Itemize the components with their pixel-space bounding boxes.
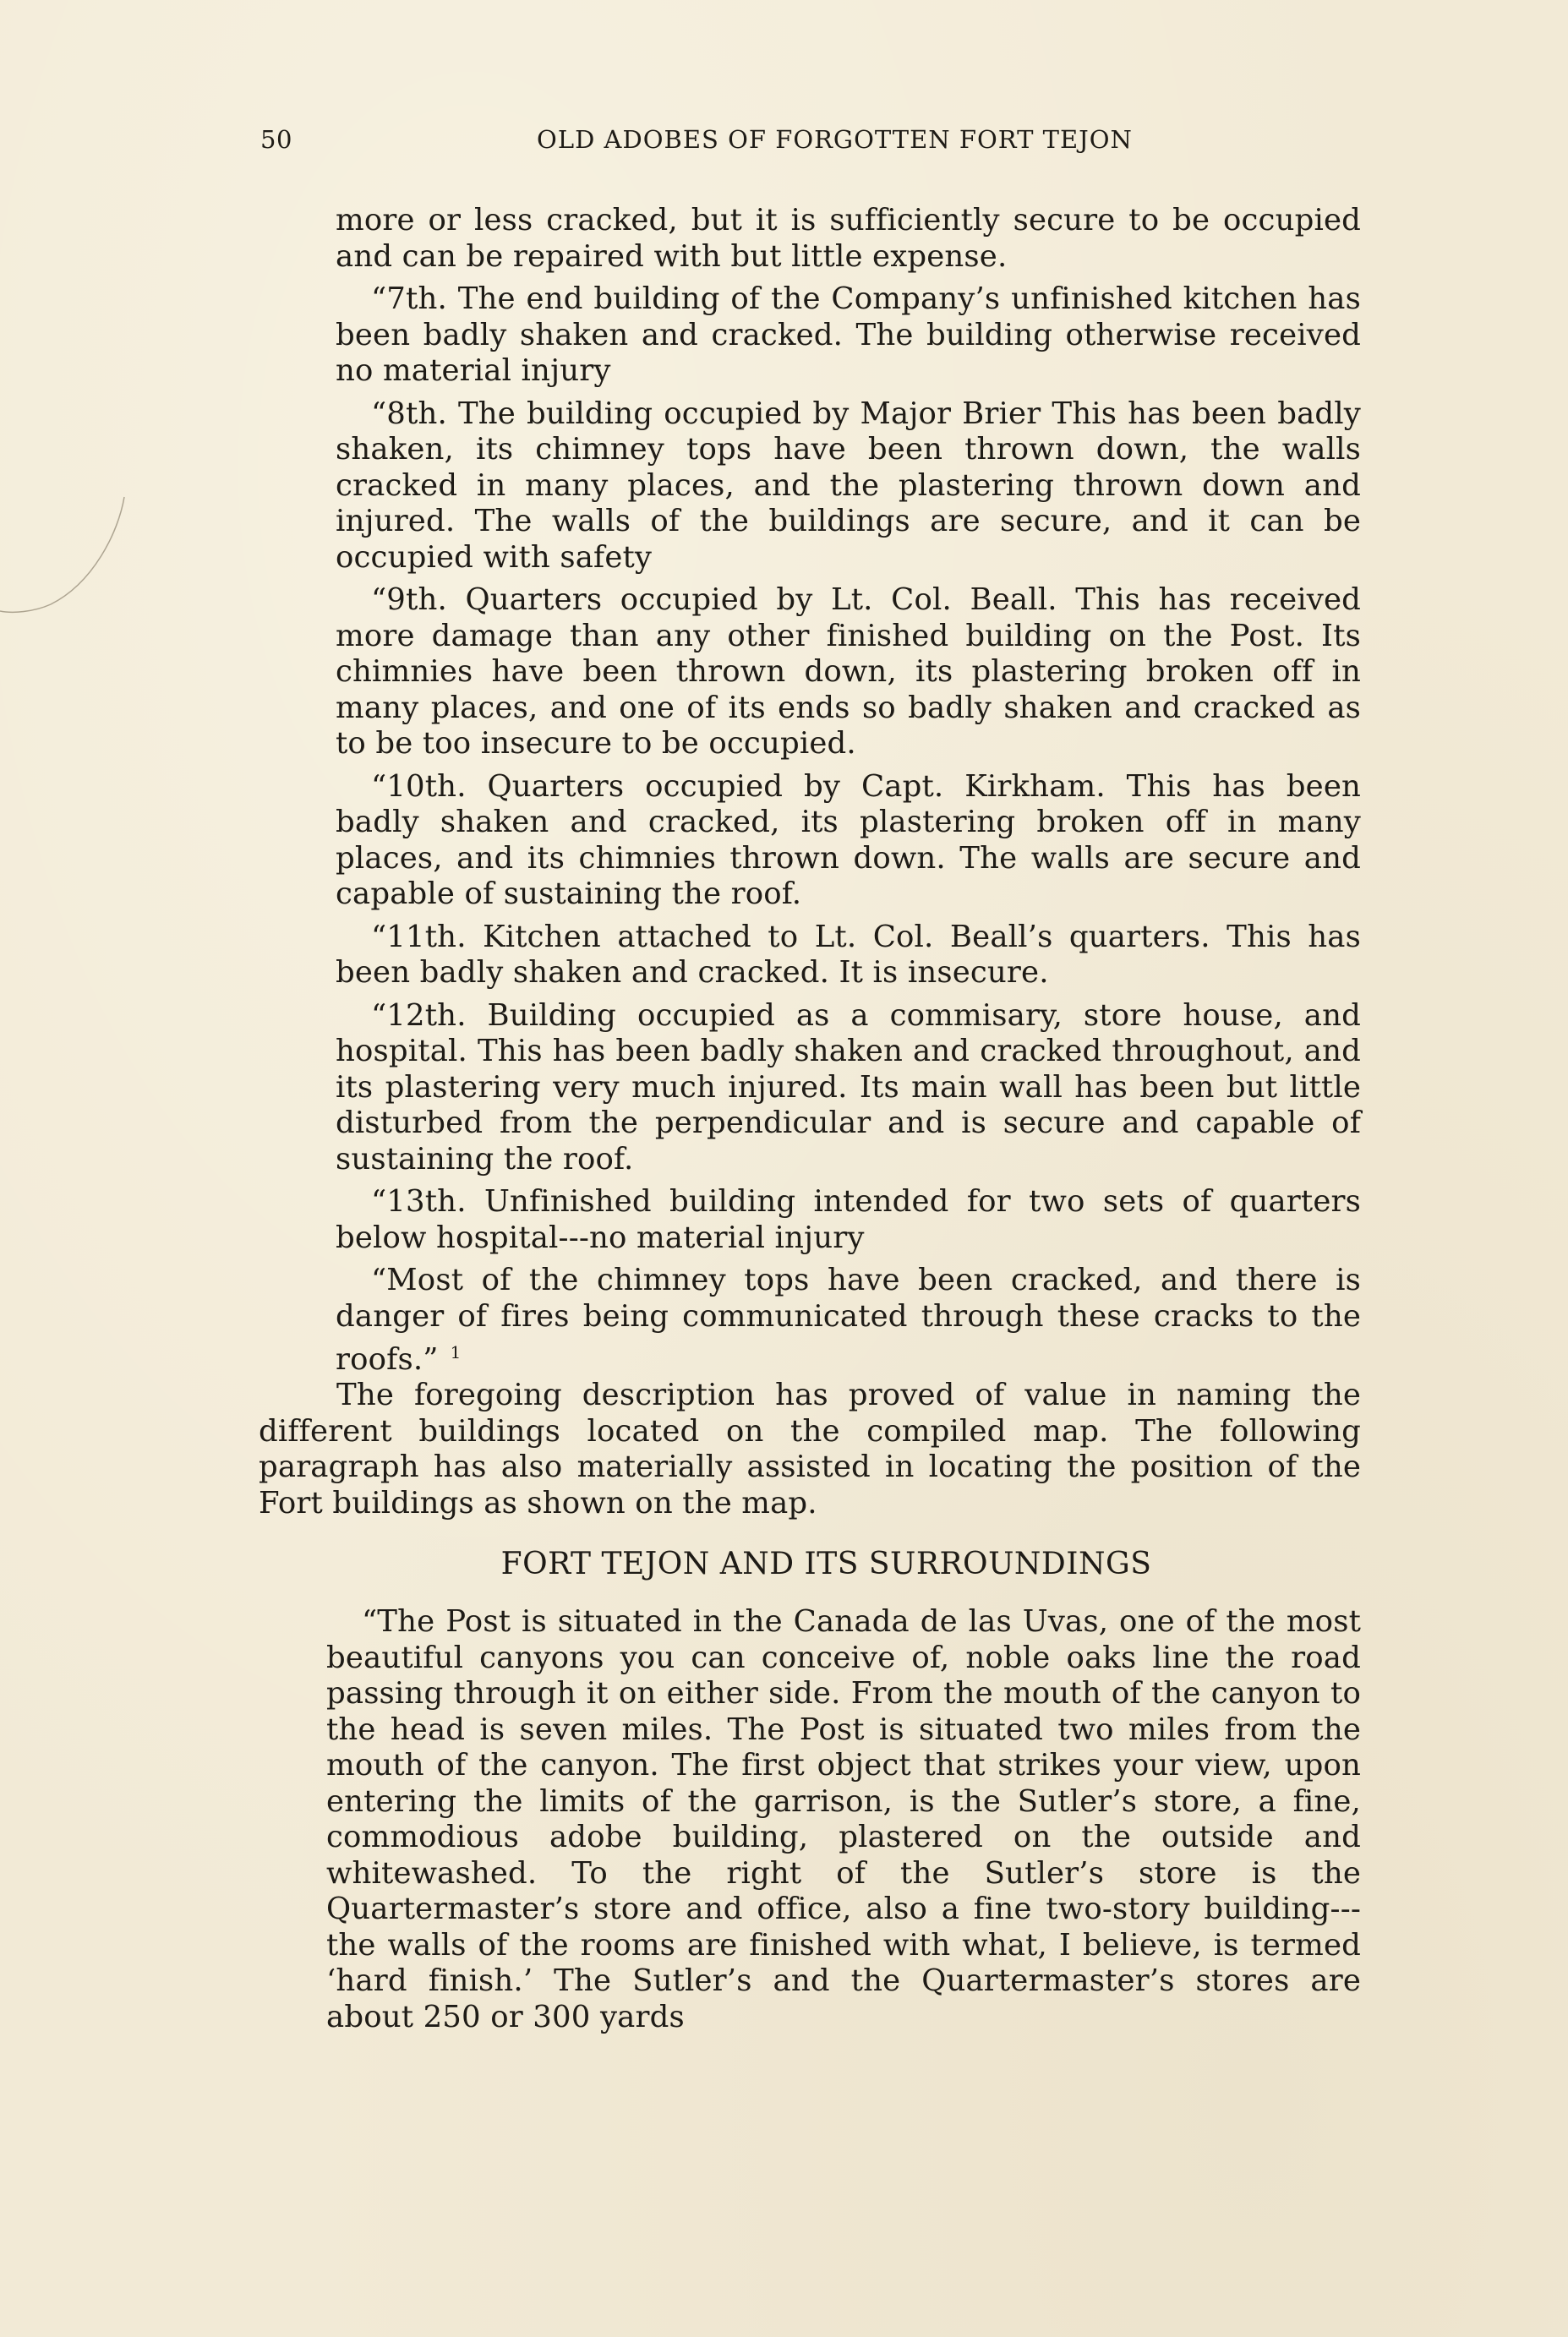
report-item-10th: “10th. Quarters occupied by Capt. Kirkha… bbox=[336, 769, 1361, 913]
report-paragraph: more or less cracked, but it is sufficie… bbox=[336, 203, 1361, 275]
narrative-text: The foregoing description has proved of … bbox=[259, 1378, 1361, 1521]
report-item-9th: “9th. Quarters occupied by Lt. Col. Beal… bbox=[336, 582, 1361, 762]
report-item-11th: “11th. Kitchen attached to Lt. Col. Beal… bbox=[336, 920, 1361, 991]
report-item-7th: “7th. The end building of the Company’s … bbox=[336, 281, 1361, 390]
quoted-report: more or less cracked, but it is sufficie… bbox=[336, 203, 1361, 1384]
report-closing: “Most of the chimney tops have been crac… bbox=[336, 1263, 1361, 1378]
pencil-mark-decoration bbox=[0, 456, 135, 617]
report-item-12th: “12th. Building occupied as a commisary,… bbox=[336, 998, 1361, 1178]
running-head: OLD ADOBES OF FORGOTTEN FORT TEJON bbox=[0, 125, 1568, 154]
section-quote: “The Post is situated in the Canada de l… bbox=[326, 1604, 1361, 2035]
report-item-13th: “13th. Unfinished building intended for … bbox=[336, 1184, 1361, 1256]
report-item-8th: “8th. The building occupied by Major Bri… bbox=[336, 396, 1361, 576]
footnote-reference[interactable]: 1 bbox=[451, 1342, 462, 1362]
section-heading: FORT TEJON AND ITS SURROUNDINGS bbox=[0, 1547, 1568, 1581]
narrative-paragraph: The foregoing description has proved of … bbox=[259, 1378, 1361, 1521]
report-closing-text: “Most of the chimney tops have been crac… bbox=[336, 1263, 1361, 1377]
section-quote-text: “The Post is situated in the Canada de l… bbox=[326, 1604, 1361, 2035]
